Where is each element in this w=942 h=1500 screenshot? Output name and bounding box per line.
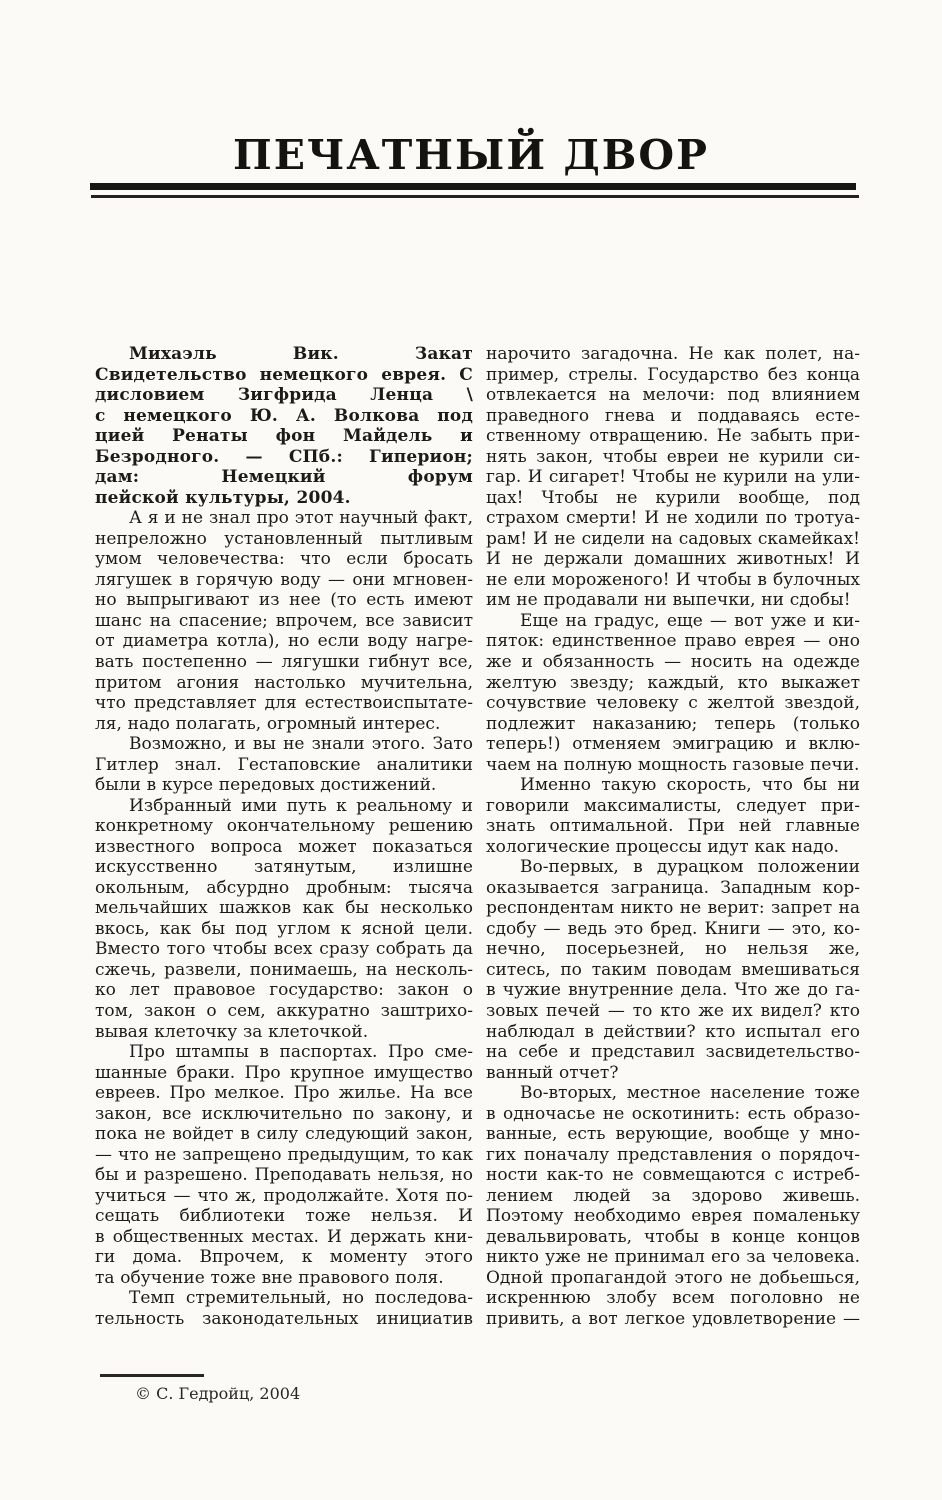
text-line: же и обязанность — носить на одежде — [486, 652, 860, 673]
text-line: отвлекается на мелочи: под влиянием — [486, 385, 860, 406]
text-line: вать постепенно — лягушки гибнут все, — [95, 652, 473, 673]
text-line: ности как-то не совмещаются с истреб- — [486, 1165, 860, 1186]
header-rule-thick — [90, 183, 856, 190]
text-line: респондентам никто не верит: запрет на — [486, 898, 860, 919]
text-line: евреев. Про мелкое. Про жилье. На все — — [95, 1083, 473, 1104]
text-line: А я и не знал про этот научный факт, — [95, 508, 473, 529]
text-line: ванные, есть верующие, вообще у мно- — [486, 1124, 860, 1145]
text-line: страхом смерти! И не ходили по тротуа- — [486, 508, 860, 529]
text-line: Гитлер знал. Гестаповские аналитики — [95, 755, 473, 776]
text-line: нечно, посерьезней, но нельзя же, согла- — [486, 939, 860, 960]
text-line: конкретному окончательному решению — [95, 816, 473, 837]
text-line: пока не войдет в силу следующий закон, — [95, 1124, 473, 1145]
text-line: сдобу — ведь это бред. Книги — это, ко- — [486, 919, 860, 940]
text-line: искусственно затянутым, излишне — [95, 857, 473, 878]
text-line: рам! И не сидели на садовых скамейках! — [486, 529, 860, 550]
text-line: дисловием Зигфрида Ленца \ Перевод — [95, 385, 473, 406]
text-line: привить, а вот легкое удовлетворение — — [486, 1309, 860, 1330]
text-line: были в курсе передовых достижений. — [95, 775, 473, 796]
text-line: шанные браки. Про крупное имущество — [95, 1063, 473, 1084]
text-line: И не держали домашних животных! И — [486, 549, 860, 570]
text-line: ля, надо полагать, огромный интерес. — [95, 714, 473, 735]
text-line: праведного гнева и поддаваясь есте- — [486, 406, 860, 427]
text-line: им не продавали ни выпечки, ни сдобы! — [486, 590, 860, 611]
text-line: Во-вторых, местное население тоже — [486, 1083, 860, 1104]
right-column: нарочито загадочна. Не как полет, на-при… — [486, 344, 860, 1330]
left-column: Михаэль Вик. Закат Кенигсберга.Свидетель… — [95, 344, 473, 1330]
text-line: закон, все исключительно по закону, и — [95, 1104, 473, 1125]
text-line: пример, стрелы. Государство без конца — [486, 365, 860, 386]
text-line: зовых печей — то кто же их видел? кто — [486, 1001, 860, 1022]
text-line: Михаэль Вик. Закат Кенигсберга. — [95, 344, 473, 365]
text-line: Безродного. — СПб.: Гиперион; Потс- — [95, 447, 473, 468]
text-line: никто уже не принимал его за человека. — [486, 1247, 860, 1268]
text-line: говорили максималисты, следует при- — [486, 796, 860, 817]
text-line: но выпрыгивают из нее (то есть имеют — [95, 590, 473, 611]
text-line: на себе и представил засвидетельство- — [486, 1042, 860, 1063]
text-line: сещать библиотеки тоже нельзя. И читать — [95, 1206, 473, 1227]
text-line: та обучение тоже вне правового поля. — [95, 1268, 473, 1289]
text-line: теперь!) отменяем эмиграцию и вклю- — [486, 734, 860, 755]
text-line: что представляет для естествоиспытате- — [95, 693, 473, 714]
text-line: шанс на спасение; впрочем, все зависит — [95, 611, 473, 632]
text-line: чаем на полную мощность газовые печи. — [486, 755, 860, 776]
text-line: подлежит наказанию; теперь (только — [486, 714, 860, 735]
text-line: мельчайших шажков как бы несколько — [95, 898, 473, 919]
scanned-page: ПЕЧАТНЫЙ ДВОР Михаэль Вик. Закат Кенигсб… — [0, 0, 942, 1500]
text-line: цией Ренаты фон Майдель и Михаила — [95, 426, 473, 447]
text-line: нарочито загадочна. Не как полет, на- — [486, 344, 860, 365]
text-line: желтую звезду; каждый, кто выкажет — [486, 673, 860, 694]
text-line: гар. И сигарет! Чтобы не курили на ули- — [486, 467, 860, 488]
text-line: в одночасье не оскотинить: есть образо- — [486, 1104, 860, 1125]
text-line: тельность законодательных инициатив — [95, 1309, 473, 1330]
text-line: ственному отвращению. Не забыть при- — [486, 426, 860, 447]
text-line: не ели мороженого! И чтобы в булочных — [486, 570, 860, 591]
text-line: хологические процессы идут как надо. — [486, 837, 860, 858]
text-line: ко лет правовое государство: закон о — [95, 980, 473, 1001]
text-line: том, закон о сем, аккуратно заштрихо- — [95, 1001, 473, 1022]
text-line: вывая клеточку за клеточкой. — [95, 1022, 473, 1043]
text-line: Одной пропагандой этого не добьешься, — [486, 1268, 860, 1289]
text-line: известного вопроса может показаться — [95, 837, 473, 858]
text-line: окольным, абсурдно дробным: тысяча — [95, 878, 473, 899]
text-line: в чужие внутренние дела. Что же до га- — [486, 980, 860, 1001]
header-rule-thin — [91, 195, 859, 198]
text-line: Избранный ими путь к реальному и — [95, 796, 473, 817]
text-line: учиться — что ж, продолжайте. Хотя по- — [95, 1186, 473, 1207]
text-line: пейской культуры, 2004. — [95, 488, 473, 509]
text-line: вкось, как бы под углом к ясной цели. — [95, 919, 473, 940]
text-line: Про штампы в паспортах. Про сме- — [95, 1042, 473, 1063]
page-title: ПЕЧАТНЫЙ ДВОР — [0, 131, 942, 179]
text-line: оказывается заграница. Западным кор- — [486, 878, 860, 899]
text-line: бы и разрешено. Преподавать нельзя, но — [95, 1165, 473, 1186]
text-line: умом человечества: что если бросать — [95, 549, 473, 570]
text-line: от диаметра котла), но если воду нагре- — [95, 631, 473, 652]
text-line: ситесь, по таким поводам вмешиваться — [486, 960, 860, 981]
text-line: нять закон, чтобы евреи не курили си- — [486, 447, 860, 468]
text-line: непреложно установленный пытливым — [95, 529, 473, 550]
text-line: Именно такую скорость, что бы ни — [486, 775, 860, 796]
text-line: искреннюю злобу всем поголовно не — [486, 1288, 860, 1309]
text-line: ги дома. Впрочем, к моменту этого запре- — [95, 1247, 473, 1268]
text-line: пяток: единственное право еврея — оно — [486, 631, 860, 652]
text-line: Вместо того чтобы всех сразу собрать да — [95, 939, 473, 960]
text-line: наблюдал в действии? кто испытал его — [486, 1022, 860, 1043]
text-line: лением людей за здорово живешь. — [486, 1186, 860, 1207]
copyright-note: © С. Гедройц, 2004 — [135, 1384, 300, 1403]
text-line: гих поначалу представления о порядоч- — [486, 1145, 860, 1166]
text-line: Еще на градус, еще — вот уже и ки- — [486, 611, 860, 632]
text-line: Во-первых, в дурацком положении — [486, 857, 860, 878]
text-line: ванный отчет? — [486, 1063, 860, 1084]
text-line: Возможно, и вы не знали этого. Зато — [95, 734, 473, 755]
text-line: цах! Чтобы не курили вообще, под — [486, 488, 860, 509]
text-line: дам: Немецкий форум восточноевро- — [95, 467, 473, 488]
text-line: Темп стремительный, но последова- — [95, 1288, 473, 1309]
text-line: в общественных местах. И держать кни- — [95, 1227, 473, 1248]
text-line: девальвировать, чтобы в конце концов — [486, 1227, 860, 1248]
text-line: с немецкого Ю. А. Волкова под редак- — [95, 406, 473, 427]
text-line: сжечь, развели, понимаешь, на несколь- — [95, 960, 473, 981]
text-line: лягушек в горячую воду — они мгновен- — [95, 570, 473, 591]
text-line: — что не запрещено предыдущим, то как — [95, 1145, 473, 1166]
text-line: притом агония настолько мучительна, — [95, 673, 473, 694]
text-line: сочувствие человеку с желтой звездой, — [486, 693, 860, 714]
text-line: знать оптимальной. При ней главные пси- — [486, 816, 860, 837]
footnote-rule — [100, 1374, 204, 1377]
text-line: Свидетельство немецкого еврея. С пре- — [95, 365, 473, 386]
text-line: Поэтому необходимо еврея помаленьку — [486, 1206, 860, 1227]
